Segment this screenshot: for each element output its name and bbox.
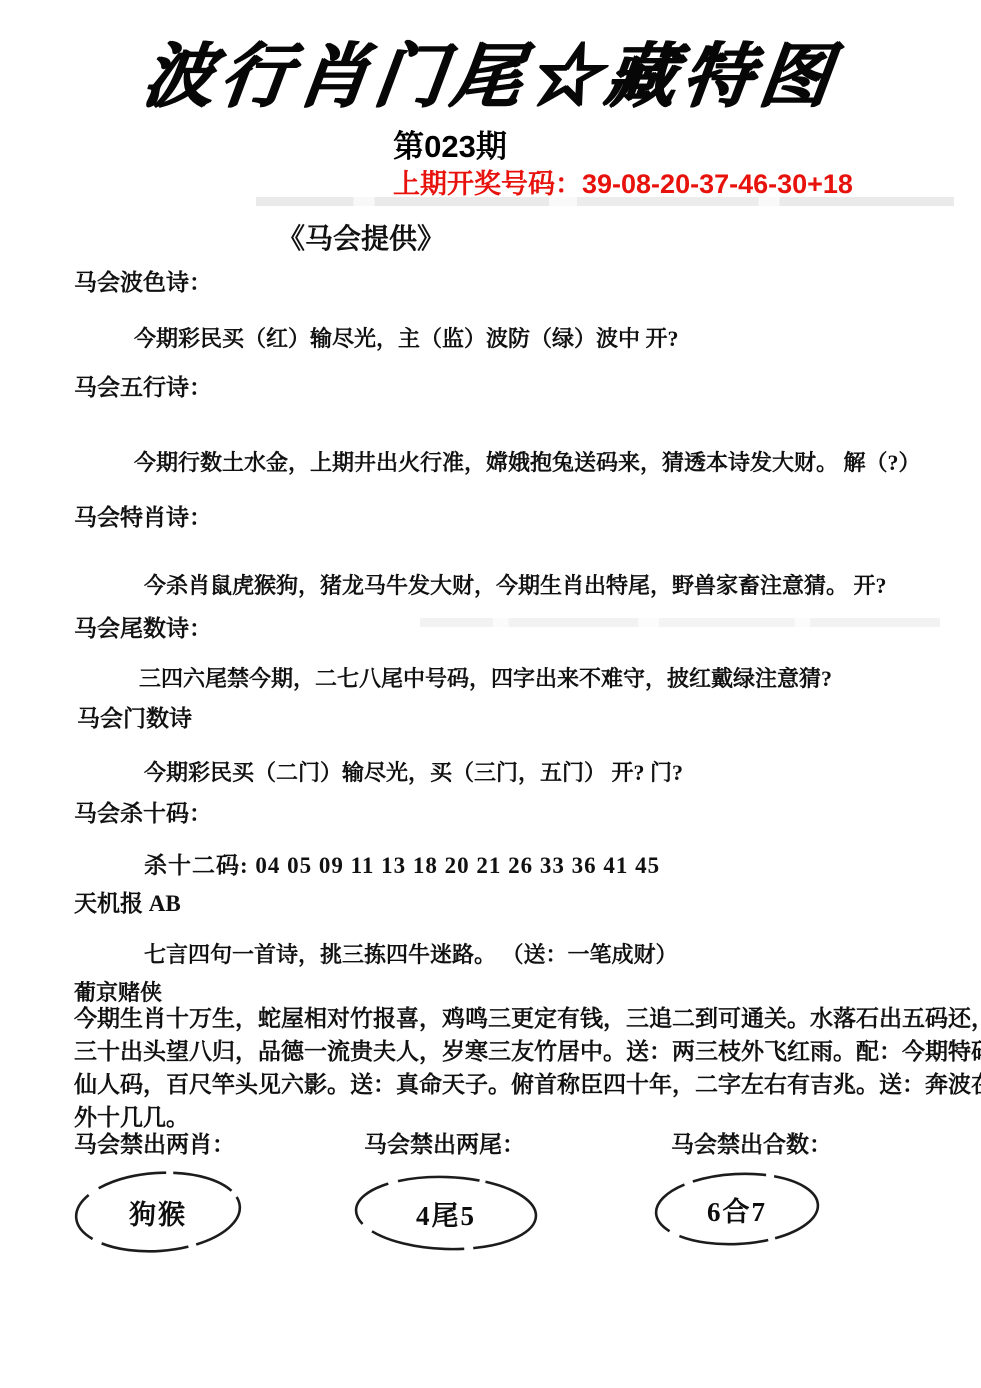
ban-zodiac-label: 马会禁出两肖： (74, 1126, 235, 1159)
ban-tail-oval: 4尾5 (352, 1173, 540, 1253)
issue-number: 第023期 (0, 121, 900, 166)
pujing-paragraph: 今期生肖十万生，蛇屋相对竹报喜，鸡鸣三更定有钱，三追二到可通关。水落石出五码还，… (74, 1002, 919, 1134)
section-bose-label: 马会波色诗： (74, 264, 212, 297)
kill-codes-line: 杀十二码: 04 05 09 11 13 18 20 21 26 33 36 4… (144, 847, 660, 880)
section-menshu-poem: 今期彩民买（二门）输尽光，买（三门，五门） 开? 门? (144, 756, 683, 787)
ban-sum-value: 6合7 (652, 1170, 822, 1249)
section-wuxing-label: 马会五行诗： (74, 369, 212, 402)
section-weishu-label: 马会尾数诗： (74, 610, 212, 643)
ban-tail-value: 4尾5 (352, 1173, 540, 1253)
ban-tail-label: 马会禁出两尾： (364, 1126, 525, 1159)
section-menshu-label: 马会门数诗 (77, 700, 192, 733)
scan-artifact (420, 618, 940, 627)
ban-zodiac-oval: 狗猴 (72, 1169, 244, 1255)
section-tianji-label: 天机报 AB (74, 885, 181, 918)
ban-sum-label: 马会禁出合数： (671, 1126, 832, 1159)
section-bose-poem: 今期彩民买（红）输尽光，主（监）波防（绿）波中 开? (134, 322, 679, 353)
page-title: 波行肖门尾☆藏特图 (0, 20, 981, 121)
pujing-line: 三十出头望八归，品德一流贵夫人，岁寒三友竹居中。送：两三枝外飞红雨。配：今期特码 (74, 1035, 919, 1068)
section-weishu-poem: 三四六尾禁今期，二七八尾中号码，四字出来不难守，披红戴绿注意猜? (139, 662, 832, 693)
ban-zodiac-value: 狗猴 (72, 1169, 270, 1255)
section-texiao-poem: 今杀肖鼠虎猴狗，猪龙马牛发大财，今期生肖出特尾，野兽家畜注意猜。 开? (144, 569, 887, 600)
section-texiao-label: 马会特肖诗： (74, 499, 212, 532)
section-wuxing-poem: 今期行数土水金，上期井出火行准，嫦娥抱兔送码来，猜透本诗发大财。 解（?） (134, 446, 921, 477)
pujing-line: 仙人码，百尺竿头见六影。送：真命天子。俯首称臣四十年，二字左右有吉兆。送：奔波在 (74, 1068, 919, 1101)
ban-sum-oval: 6合7 (652, 1170, 822, 1249)
section-tianji-poem: 七言四句一首诗，挑三拣四牛迷路。 （送：一笔成财） (144, 938, 678, 969)
last-draw-result: 上期开奖号码：39-08-20-37-46-30+18 (393, 162, 853, 201)
provider-title: 《马会提供》 (277, 217, 445, 257)
section-shama-label: 马会杀十码： (74, 795, 212, 828)
tip-sheet-page: 波行肖门尾☆藏特图 第023期 上期开奖号码：39-08-20-37-46-30… (0, 0, 981, 1388)
pujing-line: 今期生肖十万生，蛇屋相对竹报喜，鸡鸣三更定有钱，三追二到可通关。水落石出五码还， (74, 1002, 919, 1035)
scan-artifact (256, 197, 954, 206)
